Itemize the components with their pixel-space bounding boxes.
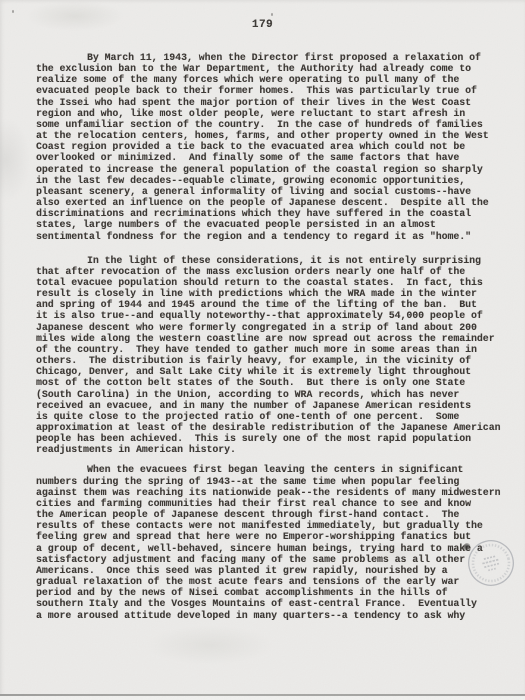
scan-edge-margin — [0, 696, 525, 700]
scanned-document-page: 179 By March 11, 1943, when the Director… — [0, 0, 525, 700]
page-number: 179 — [0, 19, 525, 31]
paragraph-3: When the evacuees first began leaving th… — [36, 464, 514, 620]
scan-speck — [12, 10, 14, 13]
paragraph-2: In the light of these considerations, it… — [36, 255, 514, 456]
scan-speck — [40, 604, 43, 606]
document-body: By March 11, 1943, when the Director fir… — [36, 52, 514, 621]
paragraph-1: By March 11, 1943, when the Director fir… — [36, 52, 514, 242]
scan-speck — [271, 13, 273, 16]
